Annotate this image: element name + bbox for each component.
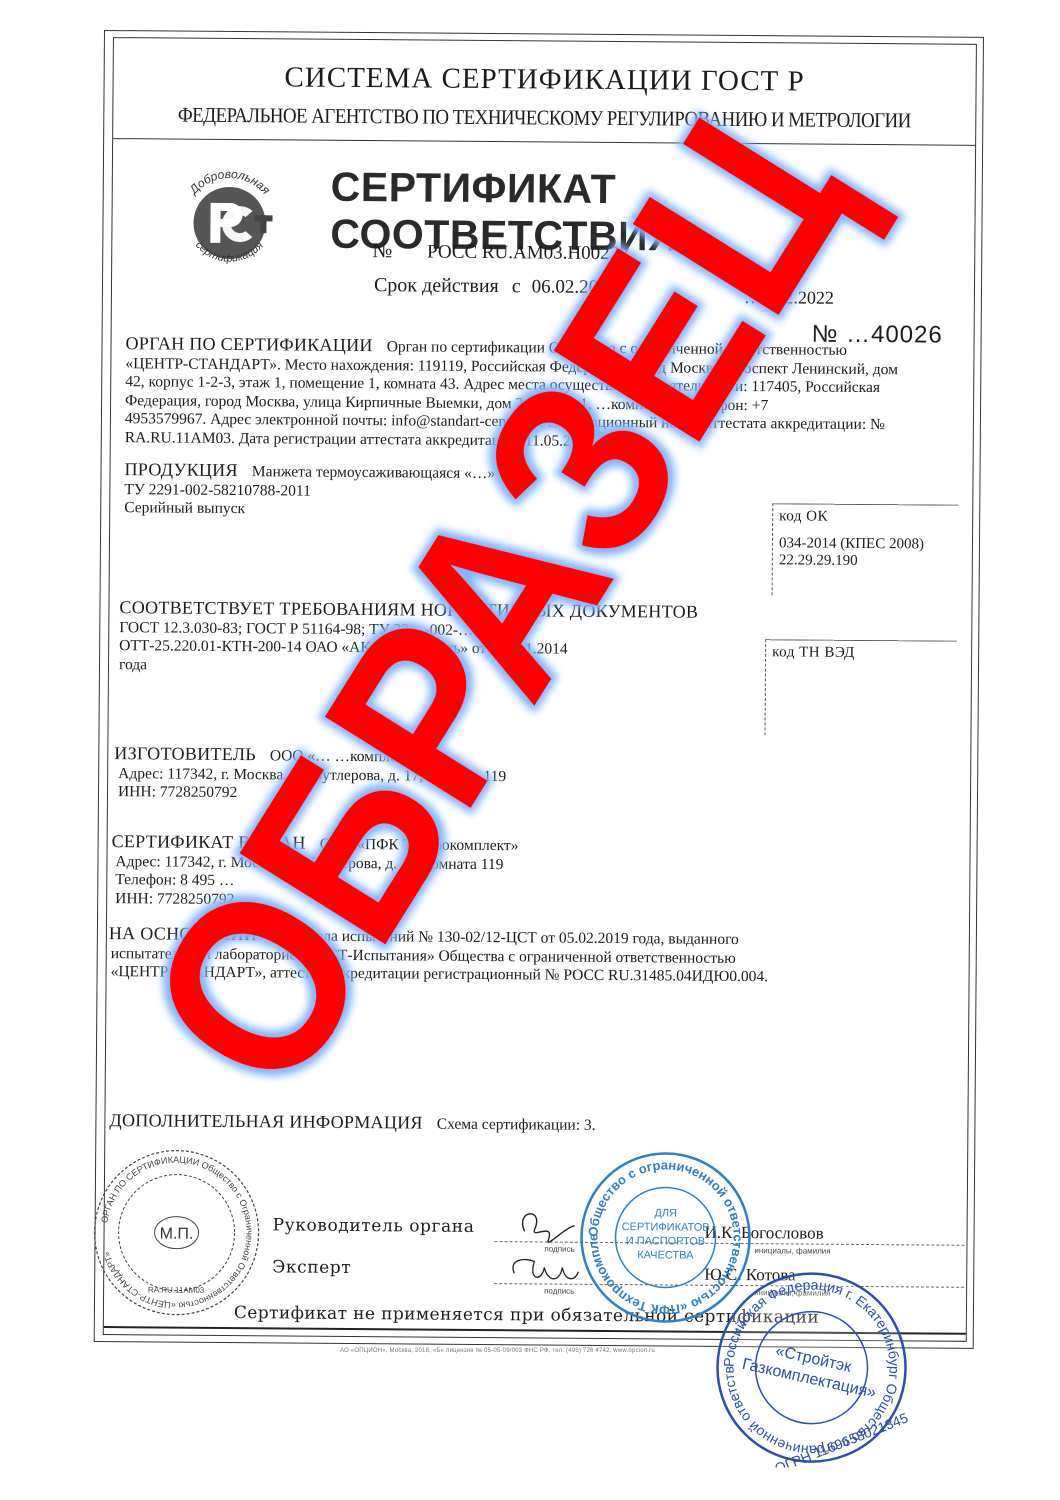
stroytek-stamp-icon: Российская Федерация г. Екатеринбург Общ…	[711, 1267, 913, 1469]
validity-row: Срок действия с 06.02.2019 …5.02.2022	[374, 274, 617, 299]
number-label: №	[372, 238, 392, 262]
product-name: Манжета термоусаживающаяся «…»	[252, 463, 495, 482]
svg-text:И ПАСПОРТОВ: И ПАСПОРТОВ	[626, 1235, 705, 1248]
validity-label: Срок действия	[374, 274, 499, 297]
section-heading: ДОПОЛНИТЕЛЬНАЯ ИНФОРМАЦИЯ	[109, 1110, 422, 1132]
section-issued-to: СЕРТИФИКАТ ВЫДАНООО «ПФК Техпрокомплект»…	[111, 832, 940, 915]
code-ok-label: код ОК	[779, 508, 952, 526]
manufacturer-name: ООО «… …комплект»	[270, 747, 419, 765]
expert-signature-label: Эксперт	[272, 1257, 351, 1278]
code-tnved-box: код ТН ВЭД	[764, 639, 957, 737]
section-basis: НА ОСНОВАНИИпротокола испытаний № 130-02…	[109, 924, 939, 988]
system-title: СИСТЕМА СЕРТИФИКАЦИИ ГОСТ Р	[114, 60, 976, 100]
svg-text:КАЧЕСТВА: КАЧЕСТВА	[637, 1249, 694, 1261]
section-heading: НА ОСНОВАНИИ	[109, 923, 257, 944]
valid-from-label: с	[512, 275, 521, 297]
certificate-number: РОСС RU.АМ03.Н00228	[427, 242, 629, 265]
head-signature-label: Руководитель органа	[273, 1215, 475, 1237]
code-ok-value: 034-2014 (КПЕС 2008)	[779, 535, 952, 553]
certificate-number-row: № РОСС RU.АМ03.Н00228	[372, 238, 629, 265]
section-manufacturer: ИЗГОТОВИТЕЛЬООО «… …комплект» Адрес: 117…	[114, 744, 940, 808]
section-heading: ОРГАН ПО СЕРТИФИКАЦИИ	[125, 333, 372, 355]
name-caption: инициалы, фамилия	[754, 1246, 830, 1256]
rst-logo-icon: Добровольная сертификация	[170, 161, 289, 280]
certification-scheme: Схема сертификации: 3.	[437, 1116, 596, 1134]
section-heading: СЕРТИФИКАТ ВЫДАН	[112, 831, 306, 853]
certificate-frame: СИСТЕМА СЕРТИФИКАЦИИ ГОСТ Р ФЕДЕРАЛЬНОЕ …	[103, 37, 977, 1342]
issued-to-name: ООО «ПФК Техпрокомплект»	[320, 836, 519, 855]
certification-body-seal-icon: ОРГАН ПО СЕРТИФИКАЦИИ Общество с Огранич…	[86, 1142, 267, 1323]
svg-text:СЕРТИФИКАТОВ: СЕРТИФИКАТОВ	[622, 1221, 710, 1234]
printer-imprint: АО «ОПЦИОН», Москва, 2018, «Б» лицензия …	[340, 1348, 655, 1354]
code-ok-value: 22.29.29.190	[779, 552, 952, 570]
valid-to-date: …5.02.2022	[744, 287, 834, 309]
agency-title: ФЕДЕРАЛЬНОЕ АГЕНТСТВО ПО ТЕХНИЧЕСКОМУ РЕ…	[156, 102, 932, 133]
section-certification-body: ОРГАН ПО СЕРТИФИКАЦИИОрган по сертификац…	[125, 334, 944, 453]
code-ok-box: код ОК 034-2014 (КПЕС 2008) 22.29.29.190	[772, 503, 959, 596]
mp-seal-label: М.П.	[160, 1225, 194, 1242]
code-tnved-label: код ТН ВЭД	[772, 644, 951, 662]
section-heading: ПРОДУКЦИЯ	[124, 459, 237, 480]
header-divider	[113, 138, 975, 146]
certificate-sheet: СИСТЕМА СЕРТИФИКАЦИИ ГОСТ Р ФЕДЕРАЛЬНОЕ …	[94, 30, 984, 1349]
svg-text:ДЛЯ: ДЛЯ	[654, 1207, 677, 1219]
section-additional-info: ДОПОЛНИТЕЛЬНАЯ ИНФОРМАЦИЯСхема сертифика…	[109, 1110, 595, 1135]
svg-text:RA.RU.11АМ03: RA.RU.11АМ03	[148, 1285, 205, 1294]
section-heading: ИЗГОТОВИТЕЛЬ	[114, 743, 256, 764]
valid-from-date: 06.02.2019	[532, 276, 618, 298]
